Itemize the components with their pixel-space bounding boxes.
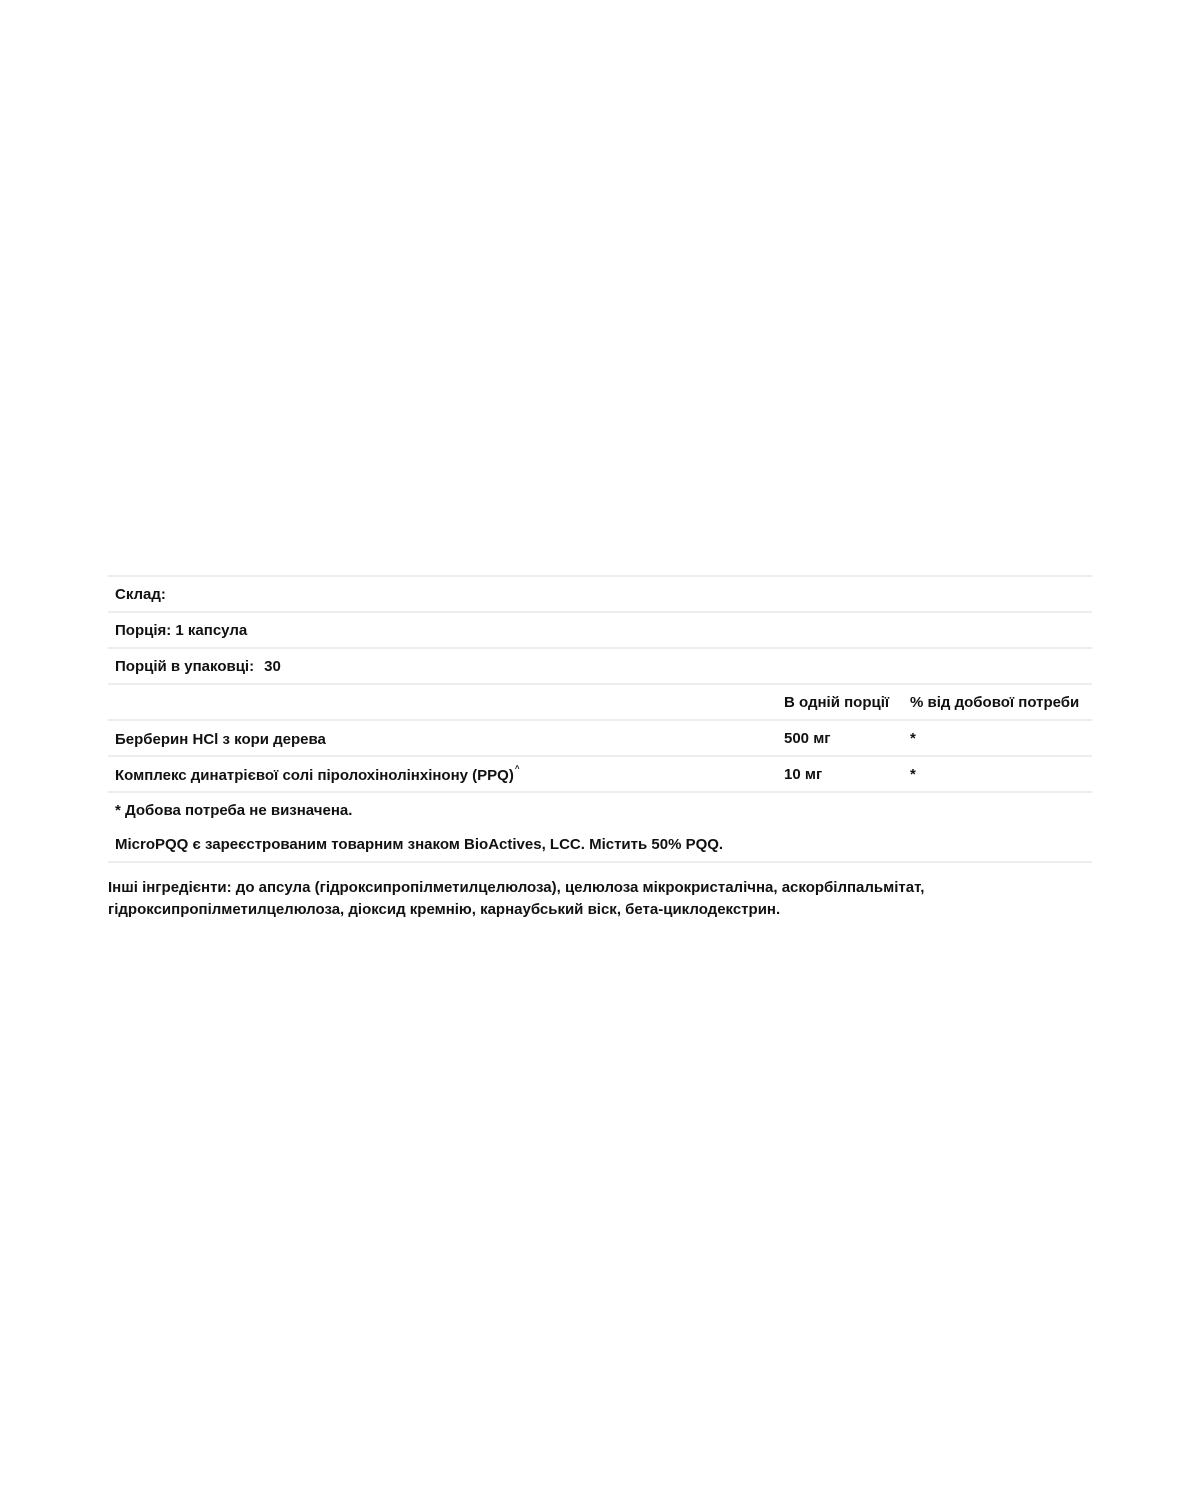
ingredient-row: Берберин HCl з кори дерева 500 мг *: [108, 720, 1092, 756]
facts-title: Склад:: [108, 576, 1092, 612]
servings-label: Порцій в упаковці:: [115, 658, 254, 675]
note-row: * Добова потреба не визначена.: [108, 792, 1092, 827]
supplement-facts-table: Склад: Порція: 1 капсула Порцій в упаков…: [108, 575, 1092, 863]
servings-per-container-row: Порцій в упаковці:30: [108, 648, 1092, 684]
servings-value: 30: [264, 658, 281, 675]
ingredient-mark: ^: [515, 764, 520, 773]
column-header-row: В одній порції % від добової потреби: [108, 684, 1092, 720]
ingredient-row: Комплекс динатрієвої солі піролохінолінх…: [108, 756, 1092, 792]
ingredient-amount: 500 мг: [777, 720, 903, 756]
ingredient-name: Берберин HCl з кори дерева: [115, 731, 326, 748]
serving-size: Порція: 1 капсула: [108, 612, 1092, 648]
ingredient-daily-value: *: [903, 720, 1092, 756]
supplement-facts: Склад: Порція: 1 капсула Порцій в упаков…: [108, 575, 1092, 921]
serving-size-row: Порція: 1 капсула: [108, 612, 1092, 648]
ingredient-name: Комплекс динатрієвої солі піролохінолінх…: [115, 767, 514, 784]
facts-title-row: Склад:: [108, 576, 1092, 612]
ingredient-amount: 10 мг: [777, 756, 903, 792]
note-row: MicroPQQ є зареєстрованим товарним знако…: [108, 827, 1092, 862]
daily-value-note: * Добова потреба не визначена.: [108, 792, 1092, 827]
other-ingredients: Інші інгредієнти: до апсула (гідроксипро…: [108, 877, 1008, 921]
column-header-empty: [108, 684, 777, 720]
column-header-amount: В одній порції: [777, 684, 903, 720]
ingredient-daily-value: *: [903, 756, 1092, 792]
trademark-note: MicroPQQ є зареєстрованим товарним знако…: [108, 827, 1092, 862]
column-header-daily-value: % від добової потреби: [903, 684, 1092, 720]
